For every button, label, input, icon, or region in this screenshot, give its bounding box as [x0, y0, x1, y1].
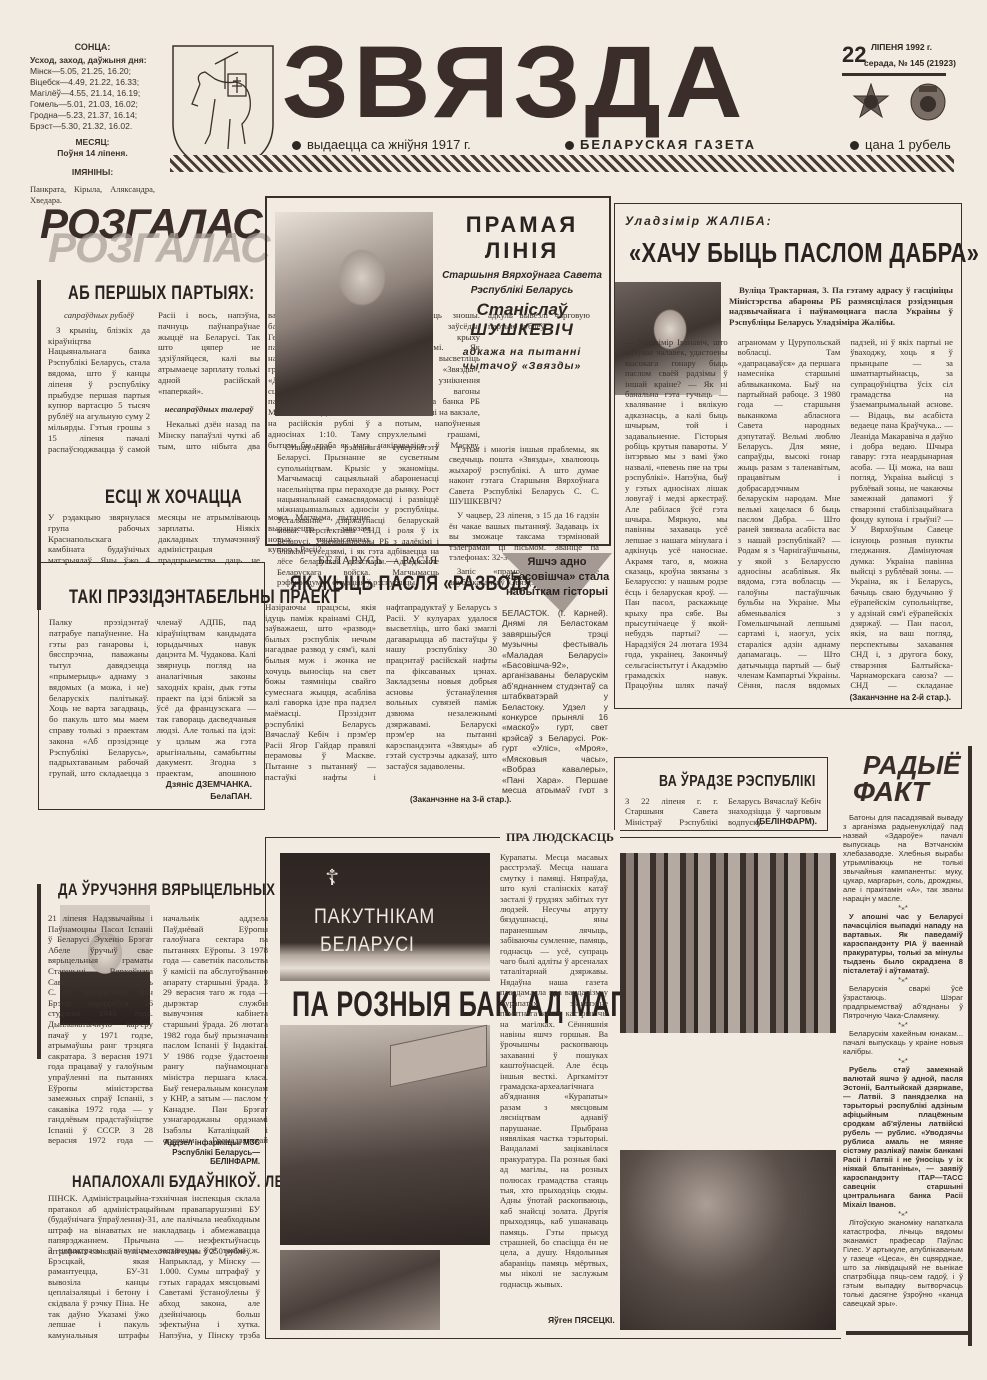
credentials-agency: Аддзел інфармацыі МЗС Рэспублікі Беларус…: [150, 1138, 260, 1167]
names-title: ІМЯНІНЫ:: [30, 167, 155, 178]
date-block: 22 ЛІПЕНЯ 1992 г. серада, № 145 (21923): [842, 42, 982, 76]
bullet-icon: [850, 141, 859, 150]
credentials-headline: ДА ЎРУЧЭННЯ ВЯРЫЦЕЛЬНЫХ ГРАМАТ: [58, 880, 268, 900]
almanac-box: СОНЦА: Усход, заход, даўжыня дня: Мінск—…: [30, 42, 155, 206]
radio-fact-list: Батоны для пасадзявай вываду з арганізма…: [843, 813, 963, 1333]
sun-row: Гродна—5.23, 21.37, 16.14;: [30, 110, 155, 121]
kurapaty-body: Курапаты. Месца масавых расстрэлаў. Месц…: [500, 852, 608, 1317]
radio-fact-item: Батоны для пасадзявай вываду з арганізма…: [843, 813, 963, 903]
shushkevich-photo: [275, 212, 433, 416]
radio-fact-item: Беларускім хакейным юнакам... пачалі вып…: [843, 1029, 963, 1056]
builders-headline: НАПАЛОХАЛІ БУДАЎНІКОЎ. ЛЕГКА: [72, 1172, 272, 1192]
direct-line-name1: Станіслаў: [441, 300, 603, 320]
radio-fact-item: Беларускія сваркі ўсё ўзрастаюць. Шэраг …: [843, 984, 963, 1020]
grave-photo: [620, 1150, 836, 1330]
zhaliba-body: — Уладзімір Іванавіч, што адчувае чалаве…: [625, 337, 953, 693]
govt-box: ВА ЎРАДЗЕ РЭСПУБЛІКІ З 22 ліпеня г. г. С…: [614, 757, 828, 831]
fence-photo: [280, 1025, 490, 1245]
president-project-headline: ТАКІ ПРЭЗІДЭНТАБЕЛЬНЫ ПРАЕКТ: [69, 587, 221, 609]
direct-line-sub2: Рэспублікі Беларусь: [441, 285, 603, 296]
radio-fact-bar: [968, 746, 972, 1346]
president-project-box: ТАКІ ПРЭЗІДЭНТАБЕЛЬНЫ ПРАЕКТ Палку прэзі…: [38, 562, 265, 810]
president-project-body: Палку прэзідэнтаў патрабуе папаўненне. Н…: [49, 617, 256, 787]
belarus-russia-end-note: (Заканчэнне на 3-й стар.).: [410, 795, 511, 804]
bullet-icon: [292, 141, 301, 150]
bullet-icon: [565, 141, 574, 150]
cross-icon: ☦: [325, 865, 339, 891]
esci-headline: ЕСЦІ Ж ХОЧАЦЦА: [105, 487, 265, 509]
zhaliba-end-note: (Заканчэнне на 2-й стар.).: [850, 693, 951, 702]
moon-text: Поўня 14 ліпеня.: [30, 148, 155, 159]
rozgalas-article: сапраўдных рублёў З крыніц, блізкіх да к…: [48, 310, 260, 460]
sun-row: Гомель—5.01, 21.03, 16.02;: [30, 99, 155, 110]
zhaliba-lead: Вуліца Трактарная, 3. Па гэтаму адрасу ў…: [729, 285, 953, 327]
moon-title: МЕСЯЦ:: [30, 137, 155, 148]
asterism-icon: *⁎*: [843, 1020, 963, 1029]
digging-photo: [280, 1250, 440, 1330]
date-day: 22: [842, 42, 866, 67]
credentials-body: 21 ліпеня Надзвычайны і Паўнамоцны Пасол…: [48, 913, 268, 1153]
radio-fact-item: У апошні час у Беларусі пачасціліся выпа…: [843, 912, 963, 975]
asterism-icon: *⁎*: [843, 1209, 963, 1218]
sun-row: Магілёў—4.55, 21.14, 16.19;: [30, 88, 155, 99]
belarus-russia-kicker: БЕЛАРУСЬ — РАСІЯ: [318, 553, 438, 568]
direct-line-sub4: чытачоў «Звязды»: [441, 360, 603, 372]
president-project-byline: Дзяніс ДЗЕМЧАНКА.: [166, 779, 252, 789]
rozgalas-bar: [37, 280, 41, 610]
fence-board: [390, 1025, 487, 1088]
govt-headline: ВА ЎРАДЗЕ РЭСПУБЛІКІ: [659, 773, 816, 791]
rozgalas-logo: РОЗГАЛАС РОЗГАЛАС: [40, 200, 260, 270]
zhaliba-kicker: Уладзімір ЖАЛІБА:: [625, 214, 773, 228]
memorial-photo: ☦ ПАКУТНІКАМ БЕЛАРУСІ: [280, 853, 490, 981]
newspaper-title: ЗВЯЗДА: [282, 36, 756, 128]
direct-line-title2: ЛІНІЯ: [441, 238, 603, 264]
date-issue: серада, № 145 (21923): [864, 58, 982, 68]
zhaliba-box: Уладзімір ЖАЛІБА: «ХАЧУ БЫЦЬ ПАСЛОМ ДАБР…: [614, 203, 962, 709]
order-red-banner-icon: [907, 80, 949, 122]
radio-fact-item: Літоўскую эканоміку напаткала катастрофа…: [843, 1218, 963, 1308]
radio-fact-bottom-bar: [846, 1331, 972, 1335]
radio-fact-item: Рубель стаў замежнай валютай яшчэ ў адно…: [843, 1065, 963, 1209]
direct-line-sub1: Старшыня Вярхоўнага Савета: [441, 270, 603, 281]
direct-line-sub3: адкажа на пытанні: [441, 346, 603, 358]
asterism-icon: *⁎*: [843, 1056, 963, 1065]
date-rule: [842, 73, 946, 76]
radio-fact-logo: РАДЫЁ ФАКТ: [843, 750, 968, 810]
ornament-band: [170, 155, 954, 172]
kurapaty-kicker: ПРА ЛЮДСКАСЦЬ: [500, 830, 620, 845]
credentials-bar: [37, 884, 41, 1059]
govt-agency: (БЕЛІНФАРМ).: [756, 816, 817, 826]
sun-subtitle: Усход, заход, даўжыня дня:: [30, 55, 155, 66]
sun-title: СОНЦА:: [30, 42, 155, 53]
rozgalas-section-title: АБ ПЕРШЫХ ПАРТЫЯХ:: [60, 283, 260, 305]
order-patriotic-war-icon: [852, 83, 890, 121]
sun-row: Брэст—5.30, 21.32, 16.02.: [30, 121, 155, 132]
kurapaty-byline: Яўген ПЯСЕЦКІ.: [548, 1315, 615, 1325]
asterism-icon: *⁎*: [843, 903, 963, 912]
memorial-caption2: БЕЛАРУСІ: [320, 933, 415, 957]
basovishcha-body: БЕЛАСТОК. (І. Карней). Днямі ля Беласток…: [502, 608, 608, 793]
forest-photo: [620, 853, 836, 1033]
zhaliba-headline: «ХАЧУ БЫЦЬ ПАСЛОМ ДАБРА»: [629, 237, 979, 269]
basovishcha-headline: Яшчэ адно «Басовішча» стала набыткам гіс…: [502, 555, 612, 600]
builders-body: З цеплатрасы па вуліцы Брэсцкай, якая ра…: [48, 1245, 260, 1350]
direct-line-box: ПРАМАЯ ЛІНІЯ Старшыня Вярхоўнага Савета …: [265, 196, 611, 546]
president-project-agency: БелаПАН.: [210, 791, 252, 801]
asterism-icon: *⁎*: [843, 975, 963, 984]
direct-line-name2: ШУШКЕВІЧ: [441, 320, 603, 340]
direct-line-text-right1: Гэтыя і многія іншыя праблемы, як сведчы…: [449, 444, 599, 506]
sun-row: Мінск—5.05, 21.25, 16.20;: [30, 66, 155, 77]
memorial-caption1: ПАКУТНІКАМ: [314, 905, 435, 929]
direct-line-title1: ПРАМАЯ: [441, 212, 603, 238]
date-month-year: ЛІПЕНЯ 1992 г.: [871, 42, 932, 52]
belarus-russia-body: Назіраючы працэсы, якія ідуць паміж краі…: [265, 602, 497, 792]
sun-row: Віцебск—4.49, 21.22, 16.33;: [30, 77, 155, 88]
